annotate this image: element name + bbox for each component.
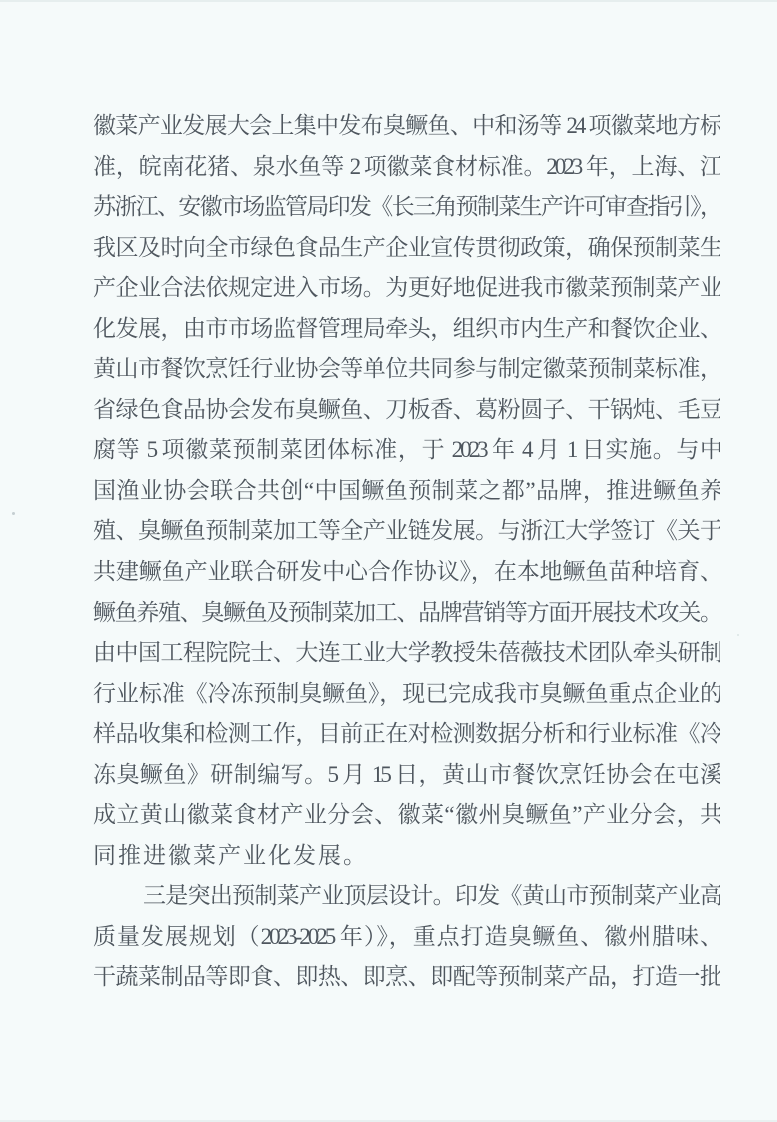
document-page: 徽菜产业发展大会上集中发布臭鳜鱼、中和汤等 24 项徽菜地方标 准，皖南花猪、泉… [0, 0, 777, 1122]
text-line: 徽菜产业发展大会上集中发布臭鳜鱼、中和汤等 24 项徽菜地方标 [93, 106, 720, 147]
text-line: 样品收集和检测工作，目前正在对检测数据分析和行业标准《冷 [93, 714, 720, 755]
text-line: 干蔬菜制品等即食、即热、即烹、即配等预制菜产品，打造一批 [93, 957, 720, 998]
text-line: 黄山市餐饮烹饪行业协会等单位共同参与制定徽菜预制菜标准， [93, 349, 720, 390]
text-line: 同推进徽菜产业化发展。 [93, 836, 720, 877]
scan-speck [737, 634, 739, 636]
text-line: 我区及时向全市绿色食品生产企业宣传贯彻政策，确保预制菜生 [93, 228, 720, 269]
text-line: 成立黄山徽菜食材产业分会、徽菜“徽州臭鳜鱼”产业分会，共 [93, 795, 720, 836]
paragraph-continuation: 徽菜产业发展大会上集中发布臭鳜鱼、中和汤等 24 项徽菜地方标 准，皖南花猪、泉… [93, 106, 720, 876]
text-line: 冻臭鳜鱼》研制编写。5 月 15 日，黄山市餐饮烹饪协会在屯溪 [93, 755, 720, 796]
text-line: 由中国工程院院士、大连工业大学教授朱蓓薇技术团队牵头研制 [93, 633, 720, 674]
text-line: 腐等 5 项徽菜预制菜团体标准，于 2023 年 4 月 1 日实施。与中 [93, 430, 720, 471]
text-block: 徽菜产业发展大会上集中发布臭鳜鱼、中和汤等 24 项徽菜地方标 准，皖南花猪、泉… [93, 106, 720, 998]
paragraph-third-point: 三是突出预制菜产业顶层设计。印发《黄山市预制菜产业高 质量发展规划（2023-2… [93, 876, 720, 998]
scan-speck [12, 512, 15, 515]
text-line: 行业标准《冷冻预制臭鳜鱼》，现已完成我市臭鳜鱼重点企业的 [93, 674, 720, 715]
text-line: 共建鳜鱼产业联合研发中心合作协议》，在本地鳜鱼苗种培育、 [93, 552, 720, 593]
text-line: 苏浙江、安徽市场监管局印发《长三角预制菜生产许可审查指引》， [93, 187, 720, 228]
text-line: 质量发展规划（2023-2025 年）》，重点打造臭鳜鱼、徽州腊味、 [93, 917, 720, 958]
text-line: 三是突出预制菜产业顶层设计。印发《黄山市预制菜产业高 [93, 876, 720, 917]
text-line: 省绿色食品协会发布臭鳜鱼、刀板香、葛粉圆子、干锅炖、毛豆 [93, 390, 720, 431]
text-line: 化发展，由市市场监督管理局牵头，组织市内生产和餐饮企业、 [93, 309, 720, 350]
text-line: 殖、臭鳜鱼预制菜加工等全产业链发展。与浙江大学签订《关于 [93, 511, 720, 552]
text-line: 准，皖南花猪、泉水鱼等 2 项徽菜食材标准。2023 年，上海、江 [93, 147, 720, 188]
text-line: 产企业合法依规定进入市场。为更好地促进我市徽菜预制菜产业 [93, 268, 720, 309]
text-line: 国渔业协会联合共创“中国鳜鱼预制菜之都”品牌，推进鳜鱼养 [93, 471, 720, 512]
text-line: 鳜鱼养殖、臭鳜鱼及预制菜加工、品牌营销等方面开展技术攻关。 [93, 593, 720, 634]
